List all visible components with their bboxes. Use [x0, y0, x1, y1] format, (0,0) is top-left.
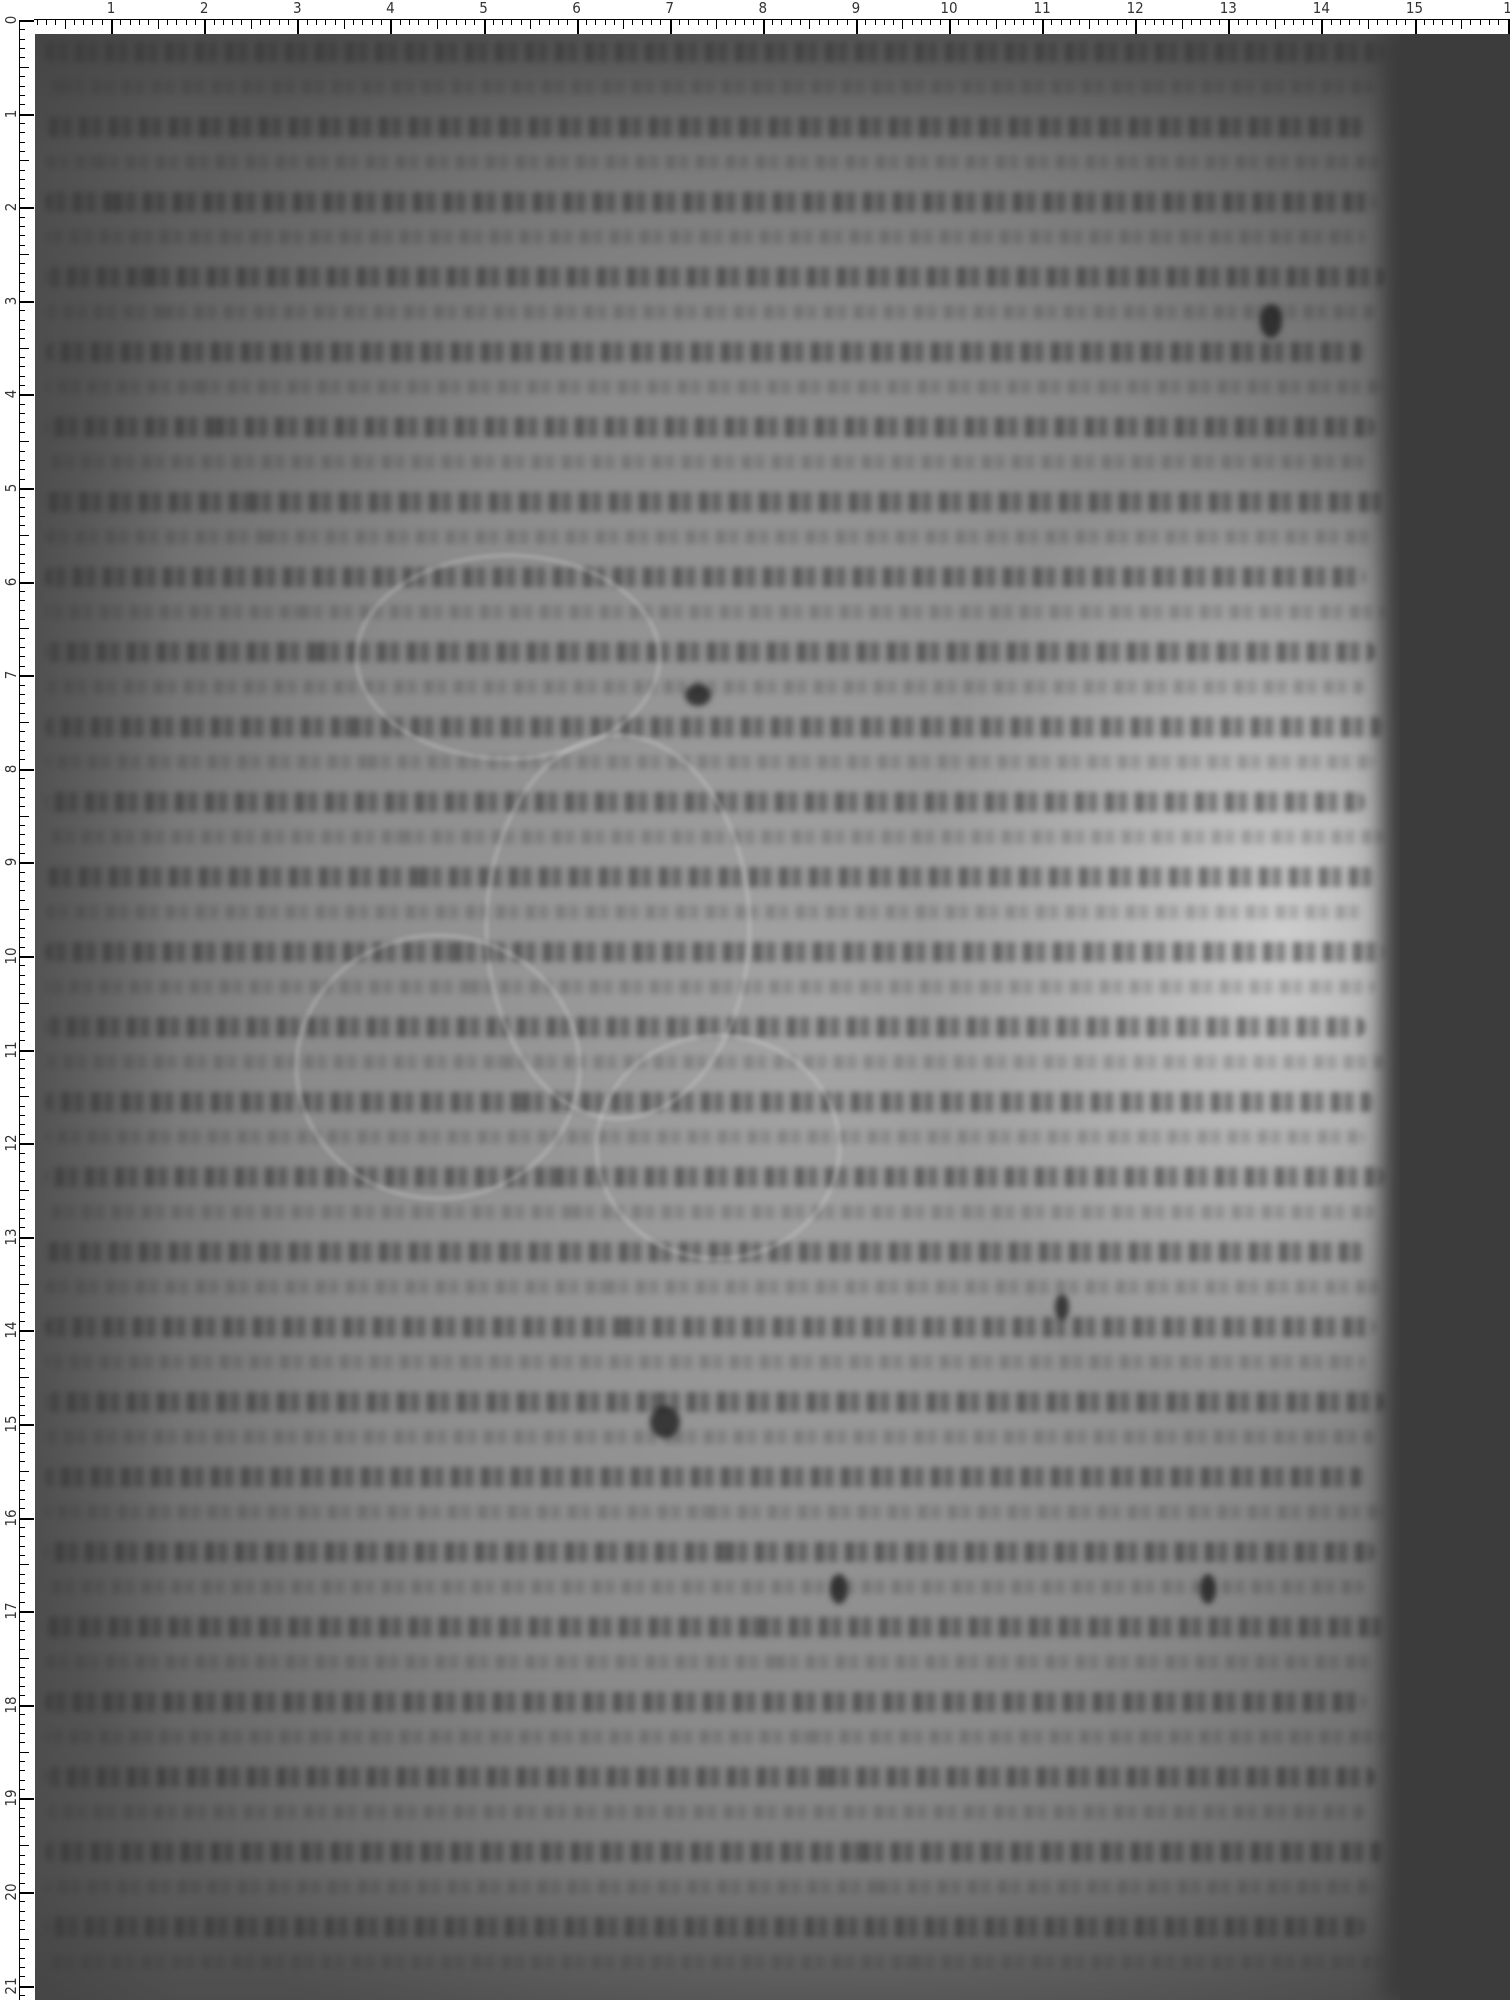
- ruler-tick: [567, 19, 568, 25]
- ruler-tick: [19, 825, 25, 826]
- ruler-label: 12: [3, 1133, 19, 1153]
- ruler-tick: [19, 1124, 25, 1125]
- ruler-label: 16: [3, 1508, 19, 1528]
- ruler-tick: [158, 19, 159, 29]
- ruler-label: 1: [3, 104, 19, 124]
- ruler-tick: [167, 19, 168, 25]
- ruler-tick: [19, 1171, 25, 1172]
- ruler-tick: [19, 1714, 25, 1715]
- ruler-tick: [19, 1574, 25, 1575]
- ruler-tick: [437, 19, 438, 29]
- ruler-tick: [19, 1040, 25, 1041]
- ruler-tick: [19, 1068, 25, 1069]
- ruler-tick: [19, 1227, 25, 1228]
- horizontal-ruler: 01234567891011121314151: [0, 0, 1510, 34]
- ruler-tick: [19, 263, 25, 264]
- manuscript-line: [45, 1430, 1375, 1444]
- ruler-label: 1: [107, 0, 116, 16]
- ruler-label: 7: [665, 0, 674, 16]
- manuscript-line: [45, 192, 1375, 212]
- ruler-tick: [19, 1855, 25, 1856]
- ruler-tick: [19, 320, 25, 321]
- ruler-tick: [19, 544, 25, 545]
- ruler-tick: [19, 86, 25, 87]
- ruler-label: 1: [1503, 0, 1510, 16]
- ruler-tick: [921, 19, 922, 25]
- ruler-tick: [19, 1415, 25, 1416]
- ruler-tick: [37, 19, 38, 25]
- manuscript-line: [45, 1280, 1385, 1294]
- ruler-tick: [19, 928, 25, 929]
- ruler-tick: [204, 19, 206, 34]
- ruler-tick: [1498, 19, 1499, 25]
- ruler-tick: [1480, 19, 1481, 25]
- ruler-tick: [1340, 19, 1341, 25]
- ruler-tick: [19, 170, 25, 171]
- manuscript-line: [45, 155, 1385, 169]
- manuscript-line: [45, 1955, 1385, 1969]
- ruler-tick: [19, 1096, 29, 1097]
- ruler-tick: [19, 1836, 25, 1837]
- ruler-tick: [19, 600, 25, 601]
- ruler-tick: [19, 1733, 25, 1734]
- ruler-tick: [19, 975, 25, 976]
- ruler-label: 15: [3, 1414, 19, 1434]
- ruler-tick: [1303, 19, 1304, 25]
- ruler-tick: [241, 19, 242, 25]
- ruler-tick: [19, 188, 25, 189]
- ruler-tick: [605, 19, 606, 25]
- ruler-tick: [1172, 19, 1173, 25]
- ruler-tick: [1349, 19, 1350, 25]
- ruler-tick: [19, 965, 25, 966]
- ruler-tick: [19, 1770, 25, 1771]
- ruler-tick: [586, 19, 587, 25]
- ruler-tick: [19, 1461, 25, 1462]
- ruler-tick: [19, 1087, 25, 1088]
- ruler-tick: [623, 19, 624, 29]
- ruler-tick: [195, 19, 196, 25]
- ruler-tick: [19, 422, 25, 423]
- ruler-tick: [884, 19, 885, 25]
- ruler-label: 4: [3, 384, 19, 404]
- ruler-tick: [1321, 19, 1323, 34]
- ruler-tick: [19, 1658, 29, 1659]
- ruler-tick: [19, 741, 25, 742]
- ruler-tick: [19, 1312, 25, 1313]
- ruler-tick: [19, 1443, 25, 1444]
- ruler-tick: [19, 1939, 29, 1940]
- ruler-tick: [19, 1602, 25, 1603]
- manuscript-line: [45, 80, 1375, 94]
- ruler-tick: [1312, 19, 1313, 25]
- ruler-tick: [19, 1181, 25, 1182]
- ruler-tick: [549, 19, 550, 25]
- ruler-tick: [19, 1368, 25, 1369]
- ruler-tick: [930, 19, 931, 25]
- ruler-tick: [297, 19, 299, 34]
- ruler-tick: [19, 535, 29, 536]
- ruler-tick: [1005, 19, 1006, 25]
- ruler-tick: [19, 1499, 25, 1500]
- ruler-tick: [19, 497, 25, 498]
- ruler-label: 11: [3, 1040, 19, 1060]
- ruler-tick: [791, 19, 792, 25]
- ruler-tick: [1117, 19, 1118, 25]
- ruler-tick: [19, 516, 25, 517]
- ruler-tick: [19, 1012, 25, 1013]
- ruler-tick: [19, 1695, 25, 1696]
- ruler-tick: [251, 19, 252, 29]
- ruler-tick: [19, 1873, 25, 1874]
- ruler-tick: [260, 19, 261, 25]
- ruler-tick: [19, 366, 25, 367]
- ruler-tick: [19, 338, 25, 339]
- ruler-tick: [968, 19, 969, 25]
- ruler-tick: [558, 19, 559, 25]
- ruler-tick: [735, 19, 736, 25]
- ruler-tick: [19, 1115, 25, 1116]
- ruler-tick: [19, 95, 25, 96]
- ruler-tick: [446, 19, 447, 25]
- ruler-tick: [1470, 19, 1471, 25]
- ruler-tick: [19, 507, 25, 508]
- ruler-tick: [670, 19, 672, 34]
- manuscript-line: [45, 267, 1385, 287]
- ruler-tick: [19, 151, 25, 152]
- ruler-tick: [19, 1284, 29, 1285]
- ruler-tick: [1191, 19, 1192, 25]
- ruler-tick: [19, 563, 25, 564]
- ruler-tick: [19, 1433, 25, 1434]
- ruler-tick: [325, 19, 326, 25]
- ruler-tick: [19, 1358, 25, 1359]
- ruler-tick: [595, 19, 596, 25]
- ruler-tick: [139, 19, 140, 25]
- ruler-tick: [819, 19, 820, 25]
- ruler-label: 11: [1034, 0, 1051, 16]
- ruler-tick: [996, 19, 997, 29]
- ruler-tick: [19, 235, 25, 236]
- ruler-tick: [120, 19, 121, 25]
- ruler-tick: [19, 909, 29, 910]
- ruler-tick: [19, 1153, 25, 1154]
- ruler-tick: [19, 1920, 25, 1921]
- ruler-tick: [632, 19, 633, 25]
- ruler-tick: [19, 39, 25, 40]
- ruler-tick: [865, 19, 866, 25]
- ruler-tick: [83, 19, 84, 25]
- ruler-label: 15: [1406, 0, 1423, 16]
- ruler-tick: [1415, 19, 1417, 34]
- manuscript-line: [45, 455, 1365, 469]
- ruler-tick: [716, 19, 717, 29]
- ruler-tick: [19, 376, 25, 377]
- ruler-tick: [19, 1330, 34, 1332]
- ruler-tick: [19, 890, 25, 891]
- ruler-tick: [1023, 19, 1024, 25]
- ruler-tick: [1461, 19, 1462, 29]
- ruler-tick: [1452, 19, 1453, 25]
- ruler-tick: [19, 1724, 25, 1725]
- ruler-tick: [19, 1349, 25, 1350]
- ruler-tick: [19, 572, 25, 573]
- ruler-tick: [1433, 19, 1434, 25]
- ruler-tick: [1135, 19, 1137, 34]
- ruler-tick: [19, 1237, 34, 1239]
- ruler-tick: [19, 666, 25, 667]
- ruler-tick: [390, 19, 392, 34]
- ruler-tick: [1396, 19, 1397, 25]
- ruler-tick: [19, 1780, 25, 1781]
- ruler-tick: [19, 1246, 25, 1247]
- ruler-tick: [19, 1199, 25, 1200]
- ruler-label: 20: [3, 1882, 19, 1902]
- ruler-tick: [828, 19, 829, 25]
- ruler-tick: [679, 19, 680, 25]
- ruler-label: 10: [3, 946, 19, 966]
- ruler-tick: [19, 469, 25, 470]
- ruler-tick: [19, 1630, 25, 1631]
- ruler-tick: [753, 19, 754, 25]
- ruler-tick: [19, 656, 25, 657]
- ruler-tick: [19, 1789, 25, 1790]
- ruler-tick: [19, 844, 25, 845]
- ruler-tick: [19, 451, 25, 452]
- ruler-tick: [1368, 19, 1369, 29]
- ruler-tick: [19, 104, 25, 105]
- ruler-tick: [19, 207, 34, 209]
- underwriting-trace: [295, 934, 581, 1200]
- manuscript-line: [45, 42, 1385, 62]
- ruler-tick: [381, 19, 382, 25]
- underwriting-trace: [355, 554, 661, 760]
- ruler-tick: [19, 348, 29, 349]
- ruler-tick: [19, 67, 29, 68]
- ruler-tick: [539, 19, 540, 25]
- ink-blot: [1260, 304, 1282, 338]
- ruler-tick: [19, 919, 25, 920]
- ruler-tick: [19, 1078, 25, 1079]
- ruler-tick: [19, 1340, 25, 1341]
- ruler-tick: [19, 1555, 25, 1556]
- ruler-tick: [19, 226, 25, 227]
- ruler-tick: [19, 291, 25, 292]
- ruler-tick: [19, 1845, 29, 1846]
- ruler-tick: [19, 1134, 25, 1135]
- ruler-tick: [19, 713, 25, 714]
- ruler-label: 13: [3, 1227, 19, 1247]
- ruler-tick: [19, 20, 34, 22]
- ruler-tick: [19, 1826, 25, 1827]
- ruler-tick: [707, 19, 708, 25]
- ruler-tick: [19, 750, 25, 751]
- ruler-tick: [19, 1490, 25, 1491]
- ink-blot: [685, 684, 711, 706]
- manuscript-line: [45, 1880, 1375, 1894]
- ruler-tick: [856, 19, 858, 34]
- ruler-tick: [502, 19, 503, 25]
- ruler-label: 12: [1127, 0, 1144, 16]
- manuscript-line: [45, 342, 1365, 362]
- ruler-tick: [19, 638, 25, 639]
- ruler-tick: [19, 619, 25, 620]
- ruler-tick: [837, 19, 838, 25]
- ruler-tick: [474, 19, 475, 25]
- ruler-tick: [800, 19, 801, 25]
- ruler-tick: [19, 76, 25, 77]
- ruler-tick: [1238, 19, 1239, 25]
- manuscript-line: [45, 417, 1375, 437]
- ruler-tick: [19, 1162, 25, 1163]
- manuscript-line: [45, 1467, 1365, 1487]
- ruler-tick: [1424, 19, 1425, 25]
- ruler-tick: [19, 797, 25, 798]
- ruler-tick: [74, 19, 75, 25]
- ruler-tick: [19, 1106, 25, 1107]
- ruler-tick: [335, 19, 336, 25]
- ruler-tick: [1219, 19, 1220, 25]
- ruler-label: 14: [3, 1320, 19, 1340]
- ruler-label: 6: [3, 572, 19, 592]
- ruler-tick: [456, 19, 457, 25]
- ruler-tick: [958, 19, 959, 25]
- ruler-tick: [19, 1218, 25, 1219]
- ruler-tick: [19, 1190, 29, 1191]
- ruler-tick: [940, 19, 941, 25]
- ruler-tick: [1442, 19, 1443, 25]
- manuscript-line: [45, 1692, 1365, 1712]
- manuscript-line: [45, 305, 1375, 319]
- manuscript-line: [45, 1317, 1375, 1337]
- ruler-tick: [19, 1405, 25, 1406]
- ruler-tick: [1200, 19, 1201, 25]
- ruler-tick: [111, 19, 113, 34]
- ruler-tick: [65, 19, 66, 29]
- ruler-tick: [19, 1564, 29, 1565]
- ruler-tick: [19, 1892, 34, 1894]
- ruler-tick: [223, 19, 224, 25]
- ruler-tick: [19, 1143, 34, 1145]
- ruler-tick: [19, 310, 25, 311]
- ruler-tick: [19, 1274, 25, 1275]
- ruler-tick: [362, 19, 363, 25]
- ruler-tick: [19, 956, 34, 958]
- ruler-label: 2: [3, 197, 19, 217]
- ruler-label: 19: [3, 1788, 19, 1808]
- ruler-tick: [19, 1293, 25, 1294]
- ruler-tick: [19, 1621, 25, 1622]
- ruler-tick: [19, 1752, 29, 1753]
- ruler-tick: [1405, 19, 1406, 25]
- manuscript-line: [45, 755, 1375, 769]
- ruler-tick: [19, 1209, 25, 1210]
- ruler-tick: [19, 675, 34, 677]
- ruler-tick: [19, 1452, 25, 1453]
- manuscript-line: [45, 1767, 1375, 1787]
- ruler-label: 5: [479, 0, 488, 16]
- ruler-tick: [19, 1967, 25, 1968]
- ruler-tick: [148, 19, 149, 25]
- ruler-tick: [642, 19, 643, 25]
- ruler-tick: [1033, 19, 1034, 25]
- ruler-label: 10: [940, 0, 957, 16]
- ruler-tick: [19, 1911, 25, 1912]
- ruler-tick: [19, 872, 25, 873]
- ruler-tick: [19, 160, 29, 161]
- ruler-tick: [1359, 19, 1360, 25]
- ruler-tick: [1266, 19, 1267, 25]
- ruler-label: 8: [759, 0, 768, 16]
- ruler-tick: [19, 1508, 25, 1509]
- ruler-tick: [19, 432, 25, 433]
- ruler-tick: [1182, 19, 1183, 29]
- ink-blot: [1055, 1294, 1069, 1320]
- ruler-tick: [1070, 19, 1071, 25]
- ruler-tick: [176, 19, 177, 25]
- ruler-tick: [1377, 19, 1378, 25]
- ruler-tick: [19, 937, 25, 938]
- ruler-tick: [344, 19, 345, 29]
- ruler-tick: [1014, 19, 1015, 25]
- ruler-tick: [614, 19, 615, 25]
- ruler-tick: [19, 1592, 25, 1593]
- ruler-tick: [19, 1742, 25, 1743]
- ruler-tick: [55, 19, 56, 25]
- ruler-tick: [19, 1976, 25, 1977]
- ruler-tick: [19, 806, 25, 807]
- ruler-tick: [428, 19, 429, 25]
- ruler-tick: [465, 19, 466, 25]
- ruler-tick: [19, 984, 25, 985]
- ruler-tick: [19, 1948, 25, 1949]
- ruler-tick: [19, 703, 25, 704]
- ruler-tick: [19, 198, 25, 199]
- ruler-tick: [1256, 19, 1257, 25]
- ruler-tick: [19, 853, 25, 854]
- ruler-label: 8: [3, 759, 19, 779]
- ruler-tick: [1126, 19, 1127, 25]
- ruler-tick: [19, 1817, 25, 1818]
- ruler-tick: [19, 1480, 25, 1481]
- ruler-tick: [19, 385, 25, 386]
- ruler-label: 0: [3, 10, 19, 30]
- ruler-label: 18: [3, 1695, 19, 1715]
- ruler-tick: [19, 1677, 25, 1678]
- ruler-tick: [19, 1256, 25, 1257]
- ruler-tick: [19, 1929, 25, 1930]
- ruler-label: 9: [3, 852, 19, 872]
- ruler-tick: [19, 947, 25, 948]
- ruler-tick: [232, 19, 233, 25]
- manuscript-line: [45, 605, 1385, 619]
- ruler-tick: [19, 1546, 25, 1547]
- ruler-tick: [651, 19, 652, 25]
- ruler-tick: [726, 19, 727, 25]
- ruler-tick: [19, 1031, 25, 1032]
- ruler-tick: [102, 19, 103, 25]
- ruler-tick: [19, 778, 25, 779]
- ink-blot: [830, 1574, 848, 1604]
- ruler-tick: [19, 1798, 34, 1800]
- ruler-tick: [19, 254, 29, 255]
- ruler-tick: [1210, 19, 1211, 25]
- vertical-ruler: 0123456789101112131415161718192021: [0, 0, 34, 2000]
- underwriting-trace: [595, 1034, 841, 1260]
- ruler-tick: [1089, 19, 1090, 29]
- ruler-tick: [847, 19, 848, 25]
- ruler-label: 3: [293, 0, 302, 16]
